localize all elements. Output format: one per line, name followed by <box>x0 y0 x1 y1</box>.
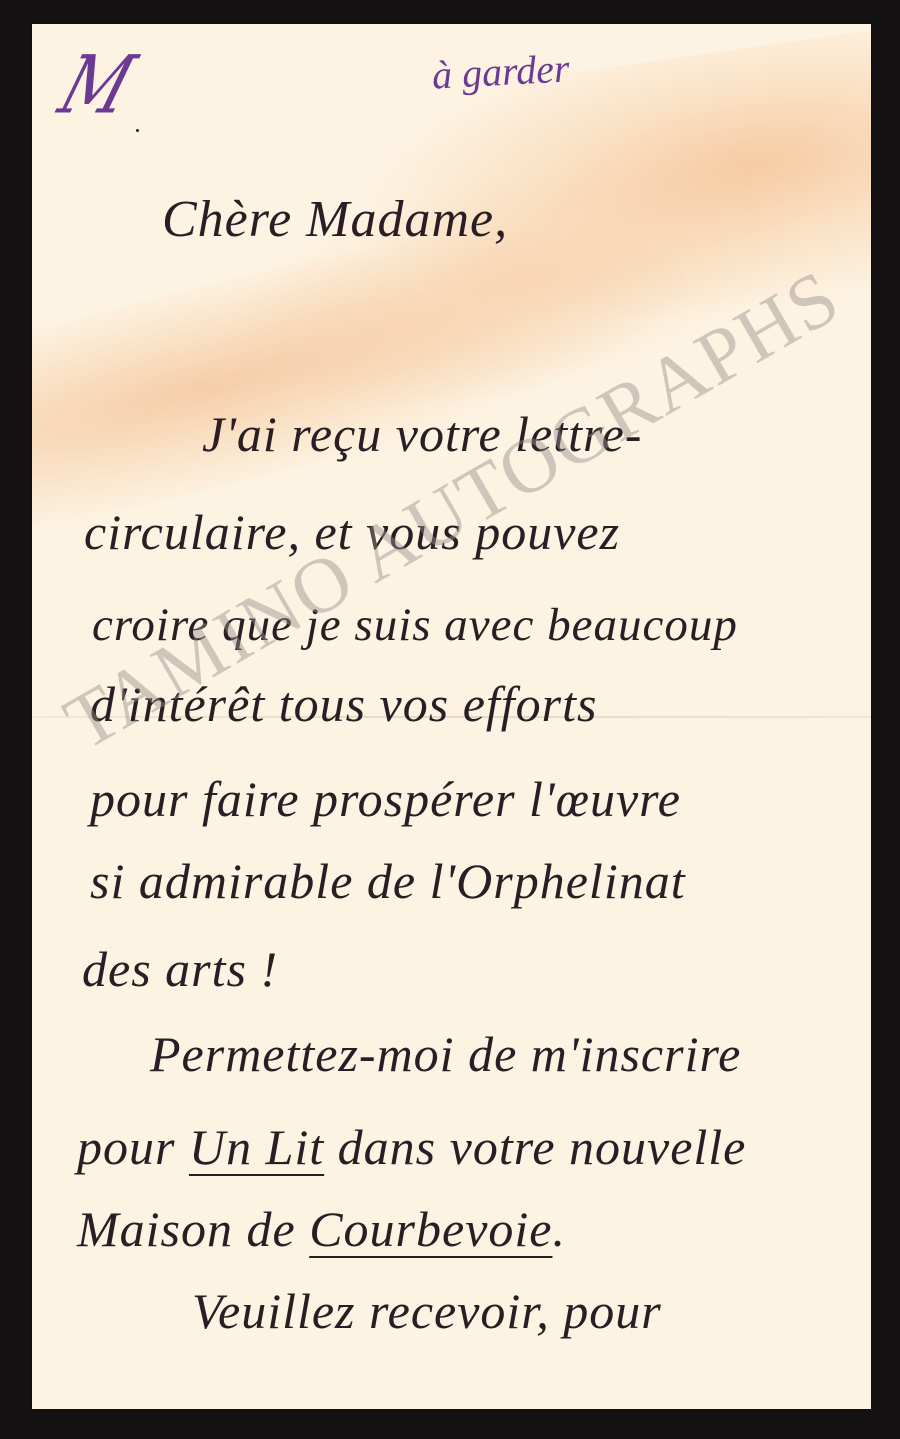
letter-line-8: Permettez-moi de m'inscrire <box>150 1029 741 1079</box>
letter-line-1: J'ai reçu votre lettre- <box>202 409 642 459</box>
archive-mark: M <box>51 46 133 126</box>
ink-dot <box>136 129 139 132</box>
closing-line: Veuillez recevoir, pour <box>192 1286 662 1336</box>
letter-line-4: d'intérêt tous vos efforts <box>90 679 598 729</box>
letter-line-5: pour faire prospérer l'œuvre <box>90 774 681 824</box>
text-fragment: Maison de <box>77 1201 309 1257</box>
underlined-un-lit: Un Lit <box>189 1119 324 1175</box>
text-fragment: pour <box>77 1119 189 1175</box>
letter-line-6: si admirable de l'Orphelinat <box>90 856 686 906</box>
letter-page: M à garder Chère Madame, J'ai reçu votre… <box>32 24 871 1409</box>
letter-line-9: pour Un Lit dans votre nouvelle <box>77 1122 746 1172</box>
letter-line-7: des arts ! <box>82 944 278 994</box>
underlined-courbevoie: Courbevoie <box>309 1201 552 1257</box>
salutation: Chère Madame, <box>162 194 508 246</box>
letter-line-2: circulaire, et vous pouvez <box>84 507 620 557</box>
text-fragment: dans votre nouvelle <box>324 1119 746 1175</box>
text-fragment: . <box>552 1201 566 1257</box>
letter-line-3: croire que je suis avec beaucoup <box>92 602 738 649</box>
letter-line-10: Maison de Courbevoie. <box>77 1204 566 1254</box>
scan-background: M à garder Chère Madame, J'ai reçu votre… <box>0 0 900 1439</box>
archive-note-a-garder: à garder <box>431 44 571 98</box>
